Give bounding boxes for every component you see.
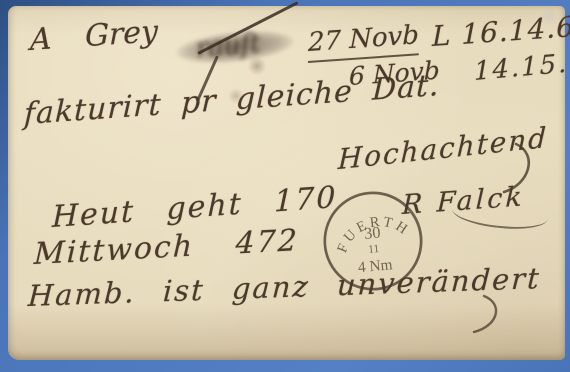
line1-addressee: A Grey [30, 17, 158, 56]
postmark-month: 11 [368, 242, 380, 256]
postmark-time: 4 Nm [357, 256, 393, 276]
scan-background: A Grey rauft 27 Novb L 16.14.6 6 Novb 14… [0, 0, 570, 372]
postmark-day: 30 [363, 222, 381, 242]
postmark-stamp: FUERTH 30 11 4 Nm [320, 188, 426, 294]
